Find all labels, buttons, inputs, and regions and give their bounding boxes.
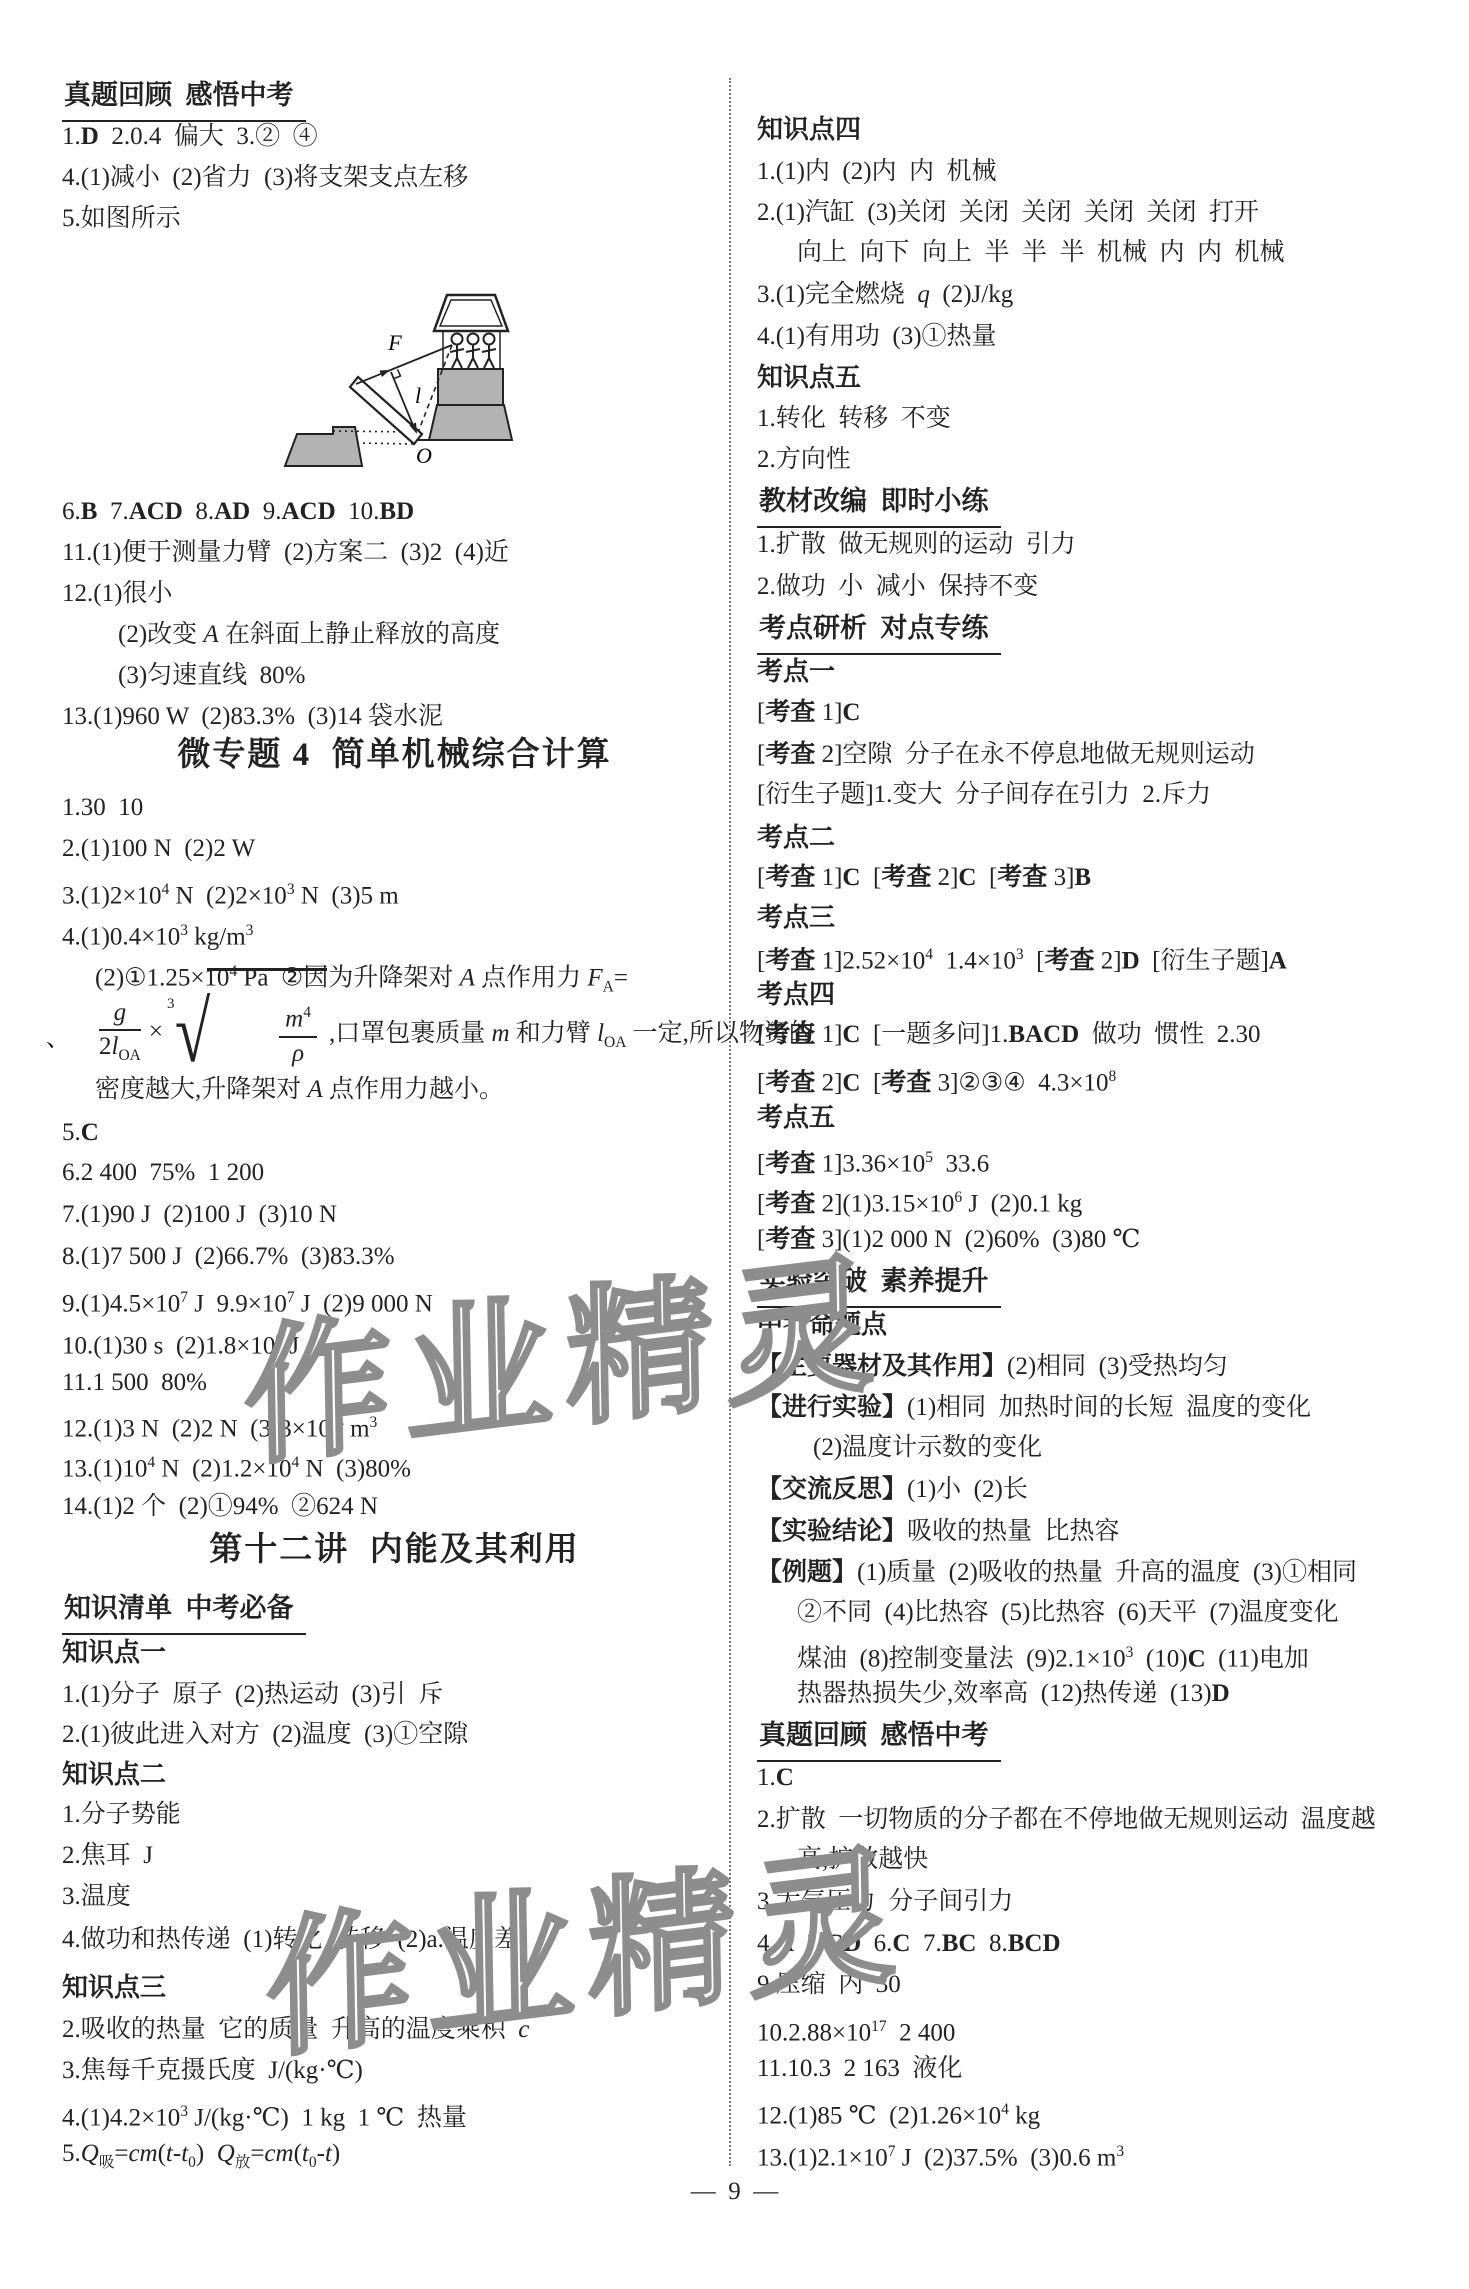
answer-line: 3.(1)完全燃烧 q (2)J/kg <box>757 277 1013 313</box>
times-sign: × <box>149 1018 163 1046</box>
subsection-kaodian-5: 考点五 <box>757 1100 835 1136</box>
answer-line: 密度越大,升降架对 A 点作用力越小。 <box>62 1072 504 1108</box>
answer-line: 1.转化 转移 不变 <box>757 401 951 437</box>
answer-line: 1.扩散 做无规则的运动 引力 <box>757 527 1076 563</box>
answer-line: 1.(1)内 (2)内 内 机械 <box>757 154 997 190</box>
answer-line: [考查 1]2.52×104 1.4×103 [考查 2]D [衍生子题]A <box>757 937 1287 979</box>
margin-pen-mark: 、 <box>46 1018 70 1053</box>
right-column: 知识点四1.(1)内 (2)内 内 机械2.(1)汽缸 (3)关闭 关闭 关闭 … <box>757 0 1422 2289</box>
subsection-zhishidian-4: 知识点四 <box>757 112 861 148</box>
answer-line: 9.压缩 内 30 <box>757 1967 901 2003</box>
section-heading-jiaocai-gaibian: 教材改编 即时小练 <box>757 483 1001 528</box>
answer-line: 6.2 400 75% 1 200 <box>62 1155 264 1191</box>
answer-line: [考查 2]C [考查 3]②③④ 4.3×108 <box>757 1059 1116 1101</box>
answer-line: ②不同 (4)比热容 (5)比热容 (6)天平 (7)温度变化 <box>757 1595 1339 1631</box>
figure-tower-upper-block <box>438 369 503 405</box>
answer-line: 7.(1)90 J (2)100 J (3)10 N <box>62 1197 337 1233</box>
answer-line: [考查 1]C [考查 2]C [考查 3]B <box>757 860 1091 896</box>
figure-left-block <box>285 427 362 466</box>
answer-key-page: g 2lOA × 3 √ m4 ρ ,口罩包裹质量 m 和力臂 lOA 一定,所… <box>0 0 1469 2289</box>
answer-line: 4.A 5.CD 6.C 7.BC 8.BCD <box>757 1926 1061 1962</box>
answer-line: 2.方向性 <box>757 442 851 478</box>
figure-people <box>450 334 496 369</box>
chapter-heading-di-12-jiang: 第十二讲 内能及其利用 <box>62 1532 727 1568</box>
answer-line: 8.(1)7 500 J (2)66.7% (3)83.3% <box>62 1239 395 1275</box>
answer-line: 11.1 500 80% <box>62 1365 207 1401</box>
answer-line: [考查 2](1)3.15×106 J (2)0.1 kg <box>757 1180 1082 1222</box>
subsection-zhongkao-mingtidian: 中考命题点 <box>757 1307 887 1343</box>
answer-line: [考查 3](1)2 000 N (2)60% (3)80 ℃ <box>757 1222 1140 1258</box>
answer-line: 高,扩散越快 <box>757 1842 928 1878</box>
answer-line: 2.(1)彼此进入对方 (2)温度 (3)①空隙 <box>62 1717 468 1753</box>
answer-line: 12.(1)85 ℃ (2)1.26×104 kg <box>757 2092 1040 2134</box>
answer-line: 13.(1)2.1×107 J (2)37.5% (3)0.6 m3 <box>757 2134 1124 2176</box>
fraction-g-over-2loa: g 2lOA <box>99 999 141 1065</box>
answer-line: [考查 2]空隙 分子在永不停息地做无规则运动 <box>757 737 1255 773</box>
answer-line: 1.分子势能 <box>62 1797 181 1833</box>
subsection-kaodian-3: 考点三 <box>757 900 835 936</box>
figure-dotted-horizontal-lower <box>357 443 413 444</box>
answer-line: 5.C <box>62 1115 99 1151</box>
answer-line: (3)匀速直线 80% <box>62 658 305 694</box>
answer-line: 向上 向下 向上 半 半 半 机械 内 内 机械 <box>757 235 1285 271</box>
answer-line: 3.大气压力 分子间引力 <box>757 1884 1013 1920</box>
answer-line: (2)①1.25×104 Pa ②因为升降架对 A 点作用力 FA= <box>62 954 628 1005</box>
answer-line: 4.(1)4.2×103 J/(kg·℃) 1 kg 1 ℃ 热量 <box>62 2094 467 2136</box>
subsection-zhishidian-3: 知识点三 <box>62 1970 166 2006</box>
answer-line: 5.如图所示 <box>62 201 181 237</box>
answer-line: 10.2.88×1017 2 400 <box>757 2009 955 2051</box>
answer-line: (2)改变 A 在斜面上静止释放的高度 <box>62 617 500 653</box>
answer-line: 2.焦耳 J <box>62 1838 153 1874</box>
figure-label-force: F <box>387 330 402 355</box>
answer-line: 3.焦每千克摄氏度 J/(kg·℃) <box>62 2053 363 2089</box>
answer-line: [衍生子题]1.变大 分子间存在引力 2.斥力 <box>757 777 1211 813</box>
answer-line: 3.(1)2×104 N (2)2×103 N (3)5 m <box>62 872 399 914</box>
answer-line: 13.(1)960 W (2)83.3% (3)14 袋水泥 <box>62 699 443 735</box>
answer-line: 2.做功 小 减小 保持不变 <box>757 569 1038 605</box>
page-number-footer: — 9 — <box>0 2178 1469 2206</box>
subsection-kaodian-1: 考点一 <box>757 654 835 690</box>
answer-line: 4.(1)有用功 (3)①热量 <box>757 319 997 355</box>
answer-line: 4.做功和热传递 (1)转化 转移 (2)a.温度差 <box>62 1922 519 1958</box>
subsection-kaodian-2: 考点二 <box>757 820 835 856</box>
figure-label-pivot: O <box>416 443 432 468</box>
radicand-fraction: m4 ρ <box>279 1004 317 1067</box>
formula-tail-text: ,口罩包裹质量 m 和力臂 lOA 一定,所以物资的 <box>329 1013 814 1052</box>
answer-line: (2)温度计示数的变化 <box>757 1430 1042 1466</box>
radicand-numerator: m4 <box>279 1004 317 1037</box>
answer-line: 1.(1)分子 原子 (2)热运动 (3)引 斥 <box>62 1677 443 1713</box>
figure-force-arrowhead <box>380 370 391 377</box>
figure-tower-pedestal <box>429 405 512 440</box>
topic-heading-weizhuanti-4: 微专题 4 简单机械综合计算 <box>62 737 727 773</box>
subsection-zhishidian-1: 知识点一 <box>62 1635 166 1671</box>
subsection-zhishidian-2: 知识点二 <box>62 1757 166 1793</box>
section-heading-zhishi-qingdan: 知识清单 中考必备 <box>62 1590 306 1635</box>
figure-right-angle-mark <box>394 370 401 379</box>
answer-line: 1.C <box>757 1760 794 1796</box>
answer-line: [考查 1]C [一题多问]1.BACD 做功 惯性 2.30 <box>757 1017 1261 1053</box>
section-heading-shiyan-tupo: 实验突破 素养提升 <box>757 1263 1001 1308</box>
figure-canopy-inner <box>440 300 502 326</box>
answer-line: 【例题】(1)质量 (2)吸收的热量 升高的温度 (3)①相同 <box>757 1555 1357 1591</box>
subsection-zhishidian-5: 知识点五 <box>757 360 861 396</box>
answer-line: 14.(1)2 个 (2)①94% ②624 N <box>62 1489 378 1525</box>
answer-line: 12.(1)很小 <box>62 576 172 612</box>
answer-line: 11.(1)便于测量力臂 (2)方案二 (3)2 (4)近 <box>62 535 509 571</box>
section-heading-zhenti-huigu-2: 真题回顾 感悟中考 <box>757 1717 1001 1762</box>
answer-line: 12.(1)3 N (2)2 N (3)3×10-4 m3 <box>62 1405 377 1447</box>
figure-plank <box>350 377 422 444</box>
answer-line: 6.B 7.ACD 8.AD 9.ACD 10.BD <box>62 494 414 530</box>
answer-line: 【交流反思】(1)小 (2)长 <box>757 1472 1028 1508</box>
section-heading-zhenti-huigu-1: 真题回顾 感悟中考 <box>62 77 306 122</box>
answer-line: 【实验结论】吸收的热量 比热容 <box>757 1514 1120 1550</box>
answer-line: 热器热损失少,效率高 (12)热传递 (13)D <box>757 1676 1230 1712</box>
answer-line: 3.温度 <box>62 1879 131 1915</box>
answer-line: [考查 1]C <box>757 695 860 731</box>
answer-line: 13.(1)104 N (2)1.2×104 N (3)80% <box>62 1445 411 1487</box>
answer-line: 1.30 10 <box>62 790 143 826</box>
answer-line: 【进行实验】(1)相同 加热时间的长短 温度的变化 <box>757 1390 1311 1426</box>
answer-line: 4.(1)0.4×103 kg/m3 <box>62 913 253 955</box>
answer-line: 11.10.3 2 163 液化 <box>757 2051 962 2087</box>
answer-line: 【主要器材及其作用】(2)相同 (3)受热均匀 <box>757 1349 1228 1385</box>
answer-line: 5.Q吸=cm(t-t0) Q放=cm(t0-t) <box>62 2136 340 2181</box>
column-divider <box>729 78 731 2166</box>
answer-line: 4.(1)减小 (2)省力 (3)将支架支点左移 <box>62 160 468 196</box>
radicand-denominator: ρ <box>279 1038 317 1068</box>
answer-line: 10.(1)30 s (2)1.8×106 J <box>62 1322 299 1364</box>
section-heading-kaodian-yanxi: 考点研析 对点专练 <box>757 610 1001 655</box>
answer-line: 2.扩散 一切物质的分子都在不停地做无规则运动 温度越 <box>757 1802 1376 1838</box>
answer-line: 煤油 (8)控制变量法 (9)2.1×103 (10)C (11)电加 <box>757 1635 1309 1677</box>
answer-line: 2.(1)100 N (2)2 W <box>62 831 255 867</box>
answer-line: 2.(1)汽缸 (3)关闭 关闭 关闭 关闭 关闭 打开 <box>757 195 1259 231</box>
answer-line: 9.(1)4.5×107 J 9.9×107 J (2)9 000 N <box>62 1280 433 1322</box>
figure-label-arm: l <box>415 383 421 408</box>
lever-diagram-figure: F l O <box>280 288 520 473</box>
answer-line: 2.吸收的热量 它的质量 升高的温度乘积 c <box>62 2012 529 2048</box>
subsection-kaodian-4: 考点四 <box>757 977 835 1013</box>
fraction-denominator: 2lOA <box>99 1031 141 1065</box>
answer-line: [考查 1]3.36×105 33.6 <box>757 1140 989 1182</box>
answer-line: 1.D 2.0.4 偏大 3.② ④ <box>62 119 318 155</box>
